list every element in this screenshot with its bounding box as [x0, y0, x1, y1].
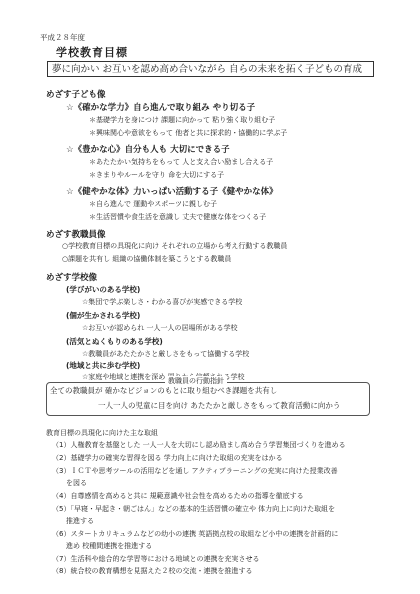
school-item: ☆お互いが認められ 一人一人の居場所がある学校	[82, 323, 238, 333]
initiative-item: （3）ＩＣＴや思考ツールの活用などを通し アクティブラーニングの充実に向けた授業…	[52, 466, 338, 476]
initiative-item: （7）生活科や総合的な学習等における地域との連携を充実させる	[52, 554, 259, 564]
staff-item: ○課題を共有し 組織の協働体制を築こうとする教職員	[62, 254, 231, 264]
page-title: 学校教育目標	[56, 44, 128, 60]
children-item: ＊基礎学力を身につけ 課題に向かって 粘り強く取り組む子	[89, 115, 275, 125]
children-item: ＊自ら進んで 運動やスポーツに親しむ子	[89, 199, 217, 209]
children-item: ＊あたたかい気持ちをもって 人と支え合い励まし合える子	[89, 157, 273, 167]
school-item: ☆集団で学ぶ楽しさ・わかる喜びが実感できる学校	[82, 297, 242, 307]
initiative-item: （6）スタートカリキュラムなどの幼小の連携 英語拠点校の取組など小中の連携を計画…	[52, 529, 338, 539]
motto-box: 夢に向かい お互いを認め高め合いながら 自らの未来を拓く子どもの育成	[47, 61, 374, 77]
school-group-title: (活気とぬくもりのある学校)	[66, 336, 163, 347]
school-group-title: (地域と共に歩む学校)	[66, 360, 140, 371]
children-group-title: ☆《健やかな体》力いっぱい活動する子《健やかな体》	[66, 185, 278, 197]
initiative-item: （8）統合校の教育構想を見据えた２校の交流・連携を推進する	[52, 566, 252, 576]
initiative-item: 進め 校種間連携を推進する	[52, 541, 152, 551]
staff-heading: めざす教職員像	[46, 228, 106, 240]
initiative-item: を図る	[52, 478, 87, 488]
children-item: ＊興味関心や意欲をもって 他者と共に探求的・協働的に学ぶ子	[89, 128, 287, 138]
guideline-line: 全ての教職員が 確かなビジョンのもとに取り組むべき課題を共有し	[50, 385, 277, 396]
initiative-item: （1）人権教育を基盤とした 一人一人を大切にし認め励まし高め合う学習集団づくりを…	[52, 440, 346, 450]
initiative-item: （5）「早寝・早起き・朝ごはん」などの基本的生活習慣の確立や 体力向上に向けた取…	[52, 504, 335, 514]
school-group-title: (学びがいのある学校)	[66, 284, 140, 295]
initiative-item: 推進する	[52, 516, 94, 526]
school-item: ☆教職員があたたかさと厳しさをもって協働する学校	[82, 349, 249, 359]
children-group-title: ☆《確かな学力》自ら進んで取り組み やり切る子	[66, 101, 255, 113]
guideline-line: 一人一人の児童に目を向け あたたかと厳しさをもって教育活動に向かう	[98, 400, 340, 411]
children-group-title: ☆《豊かな心》自分も人も 大切にできる子	[66, 143, 230, 155]
children-item: ＊生活習慣や食生活を意識し 丈夫で健康な体をつくる子	[89, 212, 266, 222]
initiative-item: （2）基礎学力の確実な習得を図る 学力向上に向けた取組の充実をはかる	[52, 453, 283, 463]
year-label: 平成２８年度	[40, 32, 85, 43]
school-heading: めざす学校像	[46, 271, 97, 283]
children-item: ＊きまりやルールを守り 命を大切にする子	[89, 170, 224, 180]
children-heading: めざす子ども像	[46, 88, 106, 100]
initiatives-heading: 教育目標の具現化に向けた主な取組	[46, 428, 158, 438]
initiative-item: （4）自尊感情を高めると共に 規範意識や社会性を高めるための指導を徹底する	[52, 491, 304, 501]
school-group-title: (個が生かされる学校)	[66, 310, 140, 321]
staff-item: ○学校教育目標の具現化に向け それぞれの立場から考え行動する教職員	[62, 241, 287, 251]
